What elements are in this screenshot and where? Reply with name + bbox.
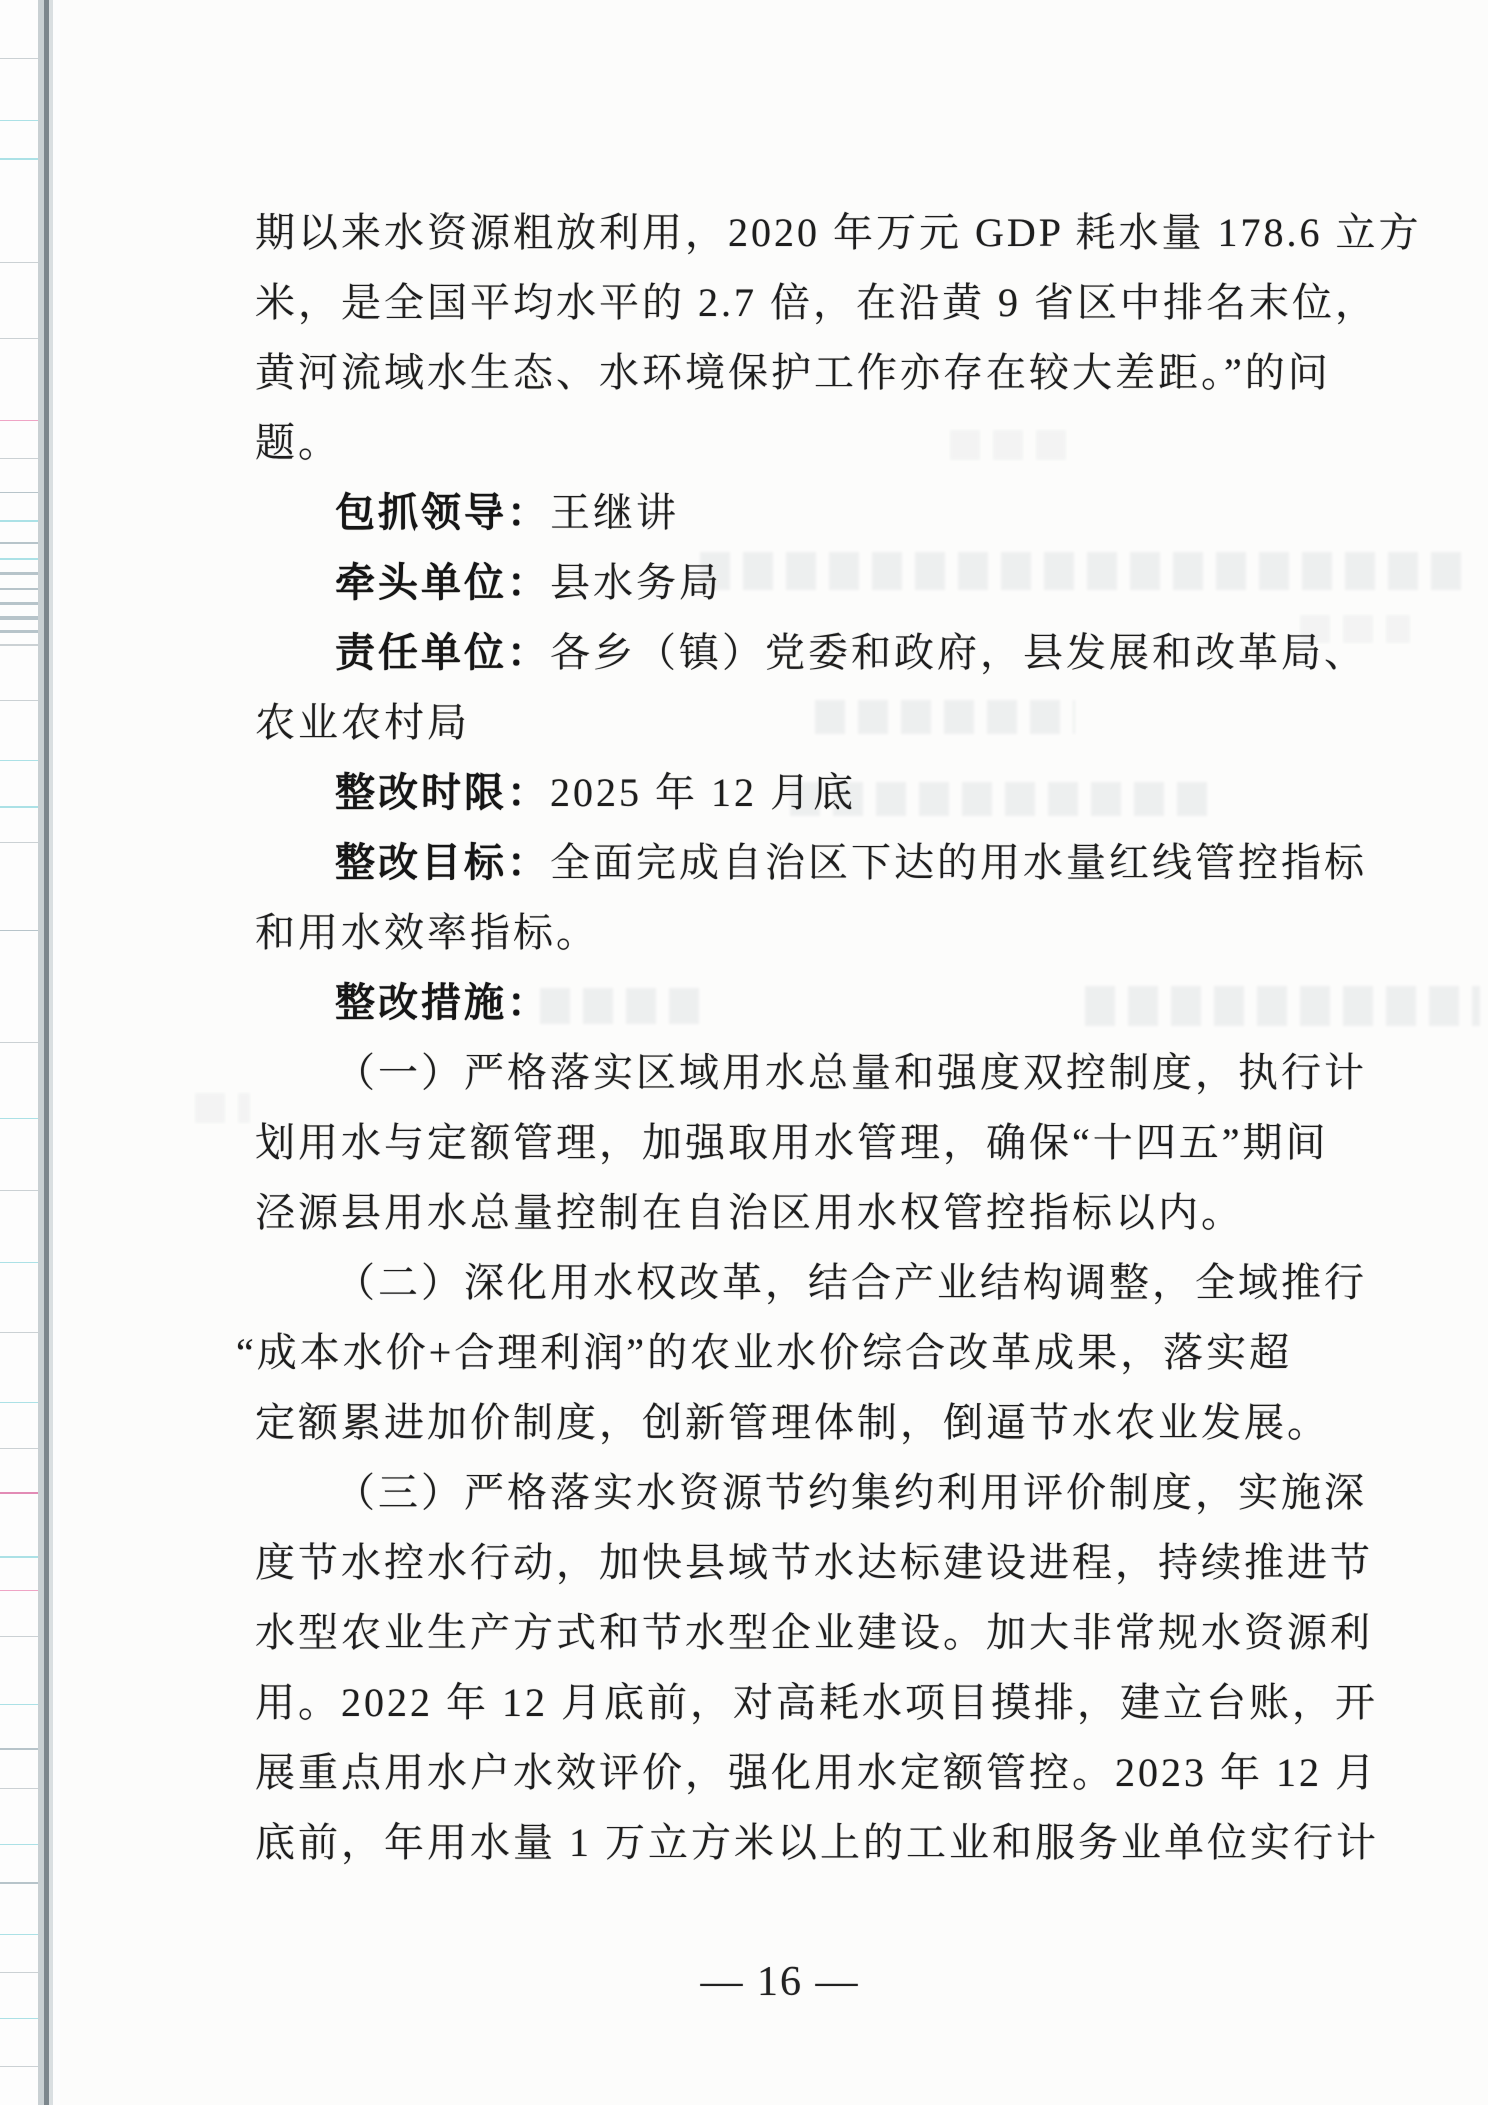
line-text: 米，是全国平均水平的 2.7 倍，在沿黄 9 省区中排名末位， (255, 280, 1378, 325)
line-text: 定额累进加价制度，创新管理体制，倒逼节水农业发展。 (255, 1400, 1330, 1445)
line-text: 水型农业生产方式和节水型企业建设。加大非常规水资源利 (255, 1610, 1373, 1655)
line-text: 度节水控水行动，加快县域节水达标建设进程，持续推进节 (255, 1540, 1373, 1585)
line-text: 2025 年 12 月底 (550, 770, 856, 815)
text-line: 整改时限：2025 年 12 月底 (335, 758, 1455, 828)
text-line: （二）深化用水权改革，结合产业结构调整，全域推行 (335, 1248, 1455, 1318)
line-text: 黄河流域水生态、水环境保护工作亦存在较大差距。”的问 (255, 350, 1331, 395)
line-text: 泾源县用水总量控制在自治区用水权管控指标以内。 (255, 1190, 1244, 1235)
page-number: — 16 — (620, 1952, 940, 2012)
text-line: 期以来水资源粗放利用，2020 年万元 GDP 耗水量 178.6 立方 (255, 198, 1375, 268)
line-text: （二）深化用水权改革，结合产业结构调整，全域推行 (335, 1260, 1367, 1305)
text-line: 包抓领导：王继讲 (335, 478, 1455, 548)
text-line: 定额累进加价制度，创新管理体制，倒逼节水农业发展。 (255, 1388, 1375, 1458)
line-text: 用。2022 年 12 月底前，对高耗水项目摸排，建立台账，开 (255, 1680, 1378, 1725)
text-line: 牵头单位：县水务局 (335, 548, 1455, 618)
text-line: 黄河流域水生态、水环境保护工作亦存在较大差距。”的问 (255, 338, 1375, 408)
bleed-through-mark (195, 1093, 250, 1123)
text-line: （一）严格落实区域用水总量和强度双控制度，执行计 (335, 1038, 1455, 1108)
line-text: 和用水效率指标。 (255, 910, 599, 955)
field-label: 整改时限： (335, 770, 550, 815)
line-text: 各乡（镇）党委和政府，县发展和改革局、 (550, 630, 1367, 675)
field-label: 包抓领导： (335, 490, 550, 535)
field-label: 整改目标： (335, 840, 550, 885)
text-line: 农业农村局 (255, 688, 1375, 758)
text-line: 米，是全国平均水平的 2.7 倍，在沿黄 9 省区中排名末位， (255, 268, 1375, 338)
scan-edge-line-inner (49, 0, 53, 2105)
line-text: 期以来水资源粗放利用，2020 年万元 GDP 耗水量 178.6 立方 (255, 210, 1422, 255)
line-text: （一）严格落实区域用水总量和强度双控制度，执行计 (335, 1050, 1367, 1095)
line-text: “成本水价+合理利润”的农业水价综合改革成果，落实超 (236, 1330, 1292, 1375)
text-line: 整改措施： (335, 968, 1455, 1038)
field-label: 责任单位： (335, 630, 550, 675)
line-text: 全面完成自治区下达的用水量红线管控指标 (550, 840, 1367, 885)
text-line: 责任单位：各乡（镇）党委和政府，县发展和改革局、 (335, 618, 1455, 688)
line-text: 县水务局 (550, 560, 722, 605)
line-text: 底前，年用水量 1 万立方米以上的工业和服务业单位实行计 (255, 1820, 1379, 1865)
text-line: （三）严格落实水资源节约集约利用评价制度，实施深 (335, 1458, 1455, 1528)
scan-edge-strip (0, 0, 60, 2105)
field-label: 整改措施： (335, 980, 550, 1025)
line-text: 展重点用水户水效评价，强化用水定额管控。2023 年 12 月 (255, 1750, 1378, 1795)
line-text: （三）严格落实水资源节约集约利用评价制度，实施深 (335, 1470, 1367, 1515)
field-label: 牵头单位： (335, 560, 550, 605)
text-line: 水型农业生产方式和节水型企业建设。加大非常规水资源利 (255, 1598, 1375, 1668)
text-line: 和用水效率指标。 (255, 898, 1375, 968)
text-line: 度节水控水行动，加快县域节水达标建设进程，持续推进节 (255, 1528, 1375, 1598)
text-line: 题。 (255, 408, 1375, 478)
text-line: “成本水价+合理利润”的农业水价综合改革成果，落实超 (236, 1318, 1356, 1388)
text-line: 整改目标：全面完成自治区下达的用水量红线管控指标 (335, 828, 1455, 898)
line-text: 农业农村局 (255, 700, 470, 745)
text-line: 底前，年用水量 1 万立方米以上的工业和服务业单位实行计 (255, 1808, 1375, 1878)
text-line: 划用水与定额管理，加强取用水管理，确保“十四五”期间 (255, 1108, 1375, 1178)
line-text: 划用水与定额管理，加强取用水管理，确保“十四五”期间 (255, 1120, 1329, 1165)
scanned-document-page: 期以来水资源粗放利用，2020 年万元 GDP 耗水量 178.6 立方米，是全… (0, 0, 1488, 2105)
text-line: 展重点用水户水效评价，强化用水定额管控。2023 年 12 月 (255, 1738, 1375, 1808)
text-line: 用。2022 年 12 月底前，对高耗水项目摸排，建立台账，开 (255, 1668, 1375, 1738)
line-text: 题。 (255, 420, 341, 465)
text-line: 泾源县用水总量控制在自治区用水权管控指标以内。 (255, 1178, 1375, 1248)
line-text: 王继讲 (550, 490, 679, 535)
